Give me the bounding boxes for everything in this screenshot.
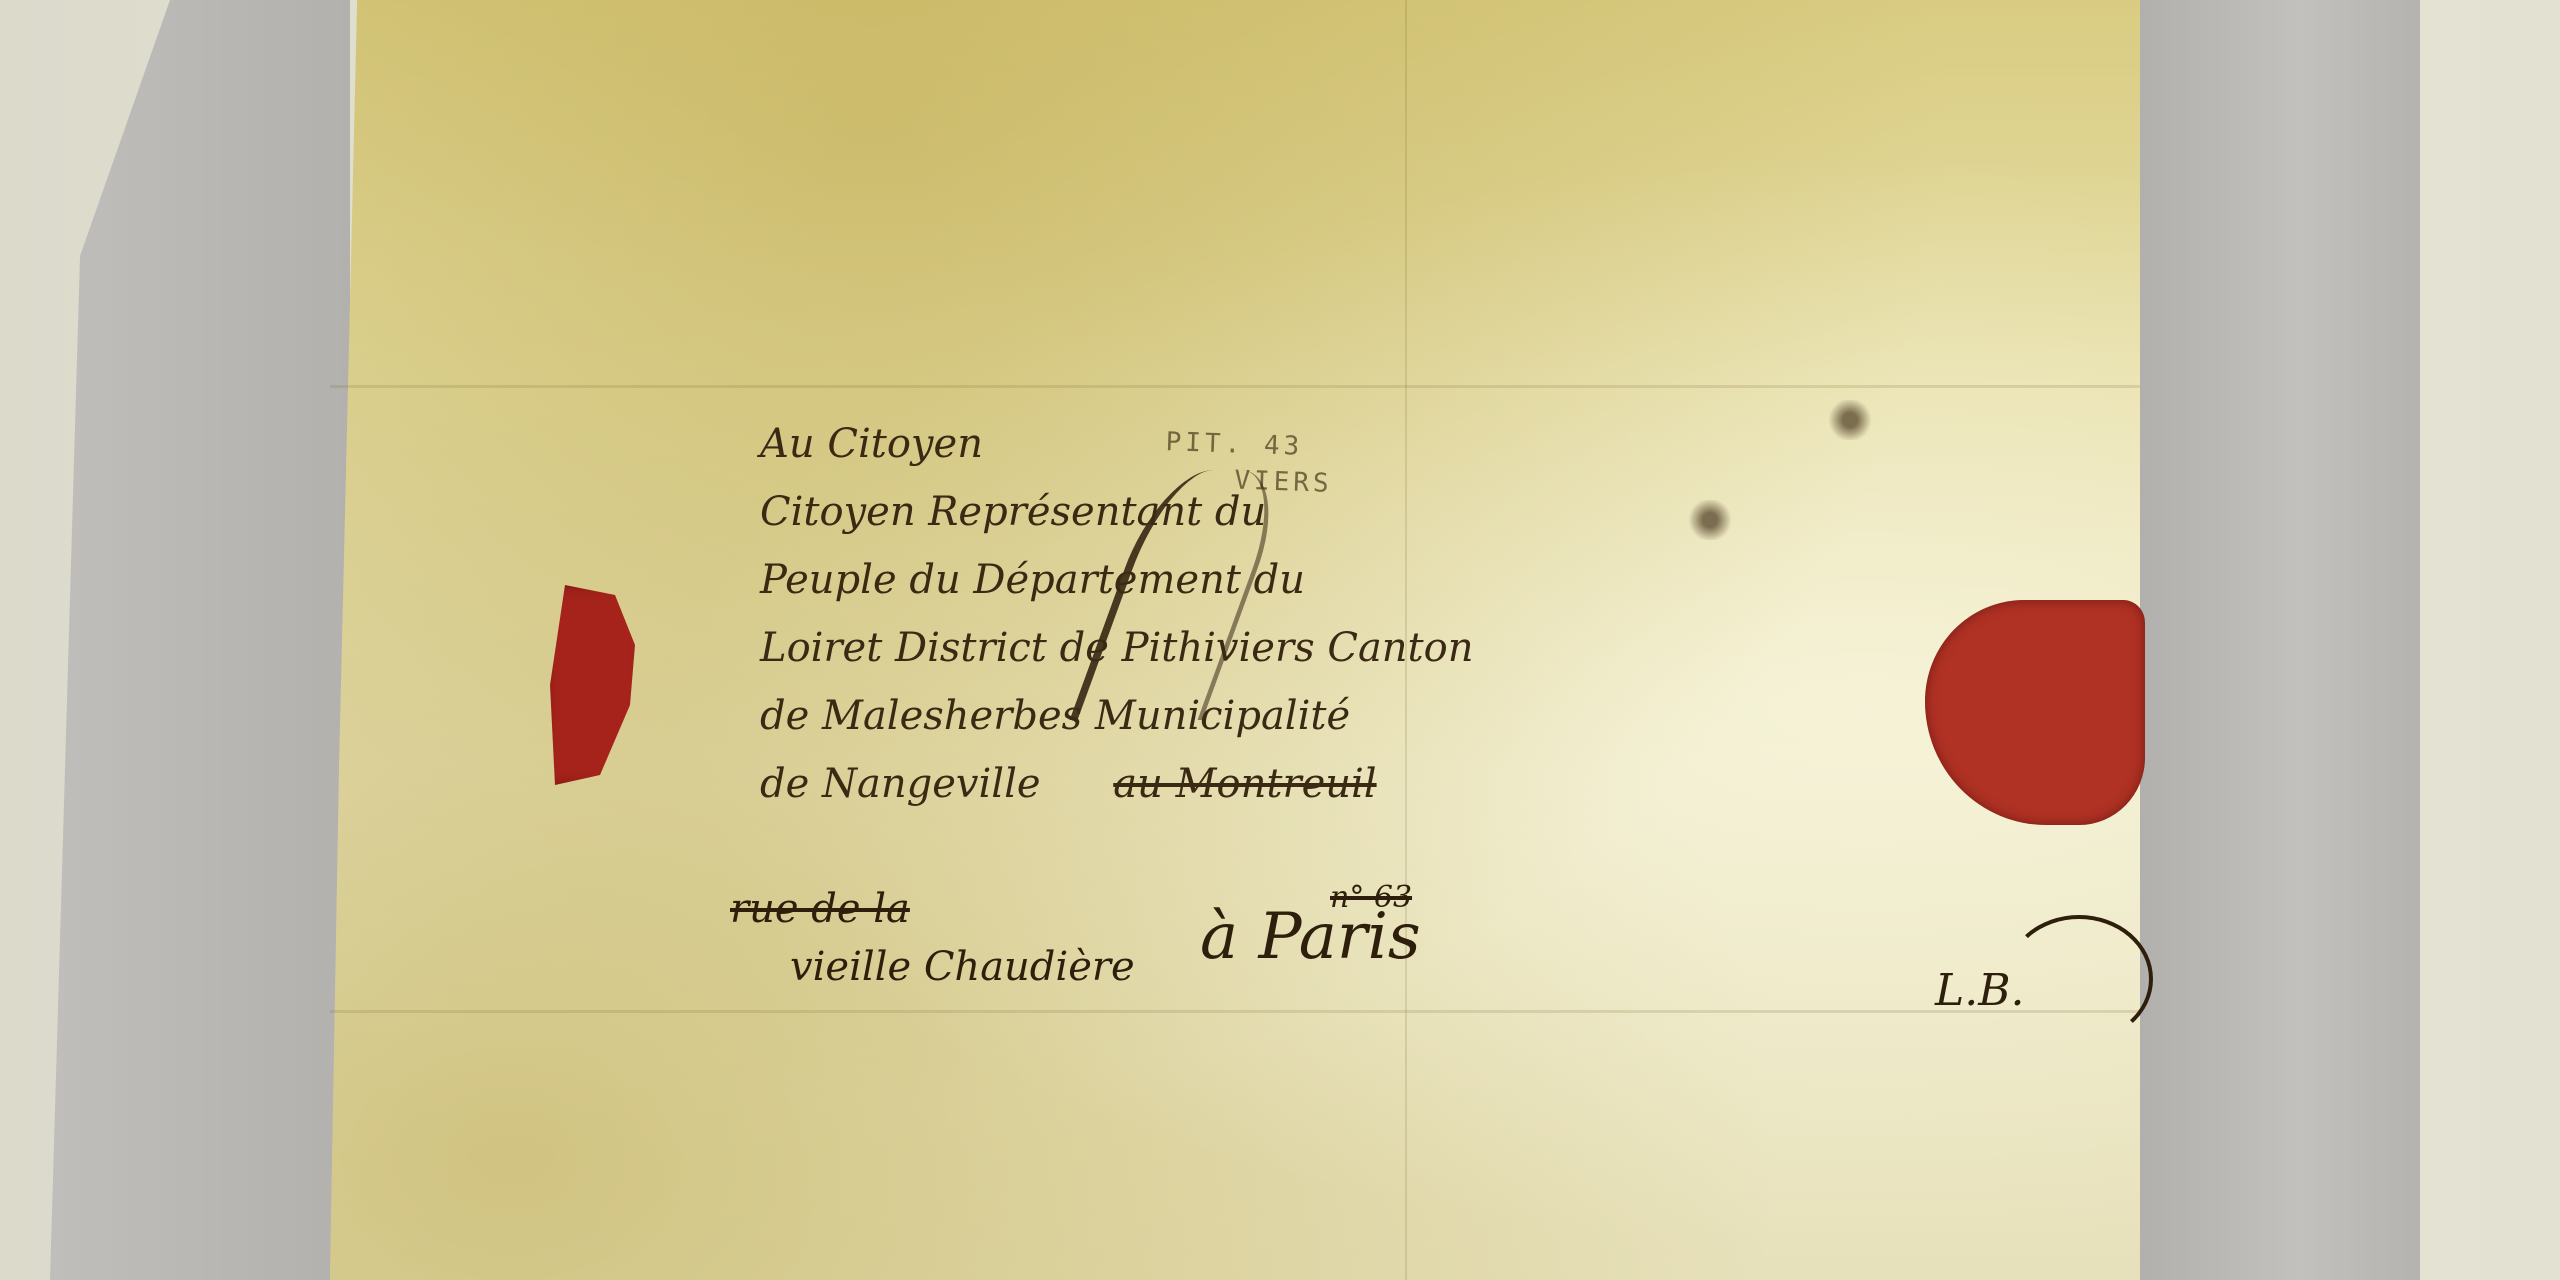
address-line: de Nangeville au Montreuil <box>760 750 1480 818</box>
corner-mark: L.B. <box>1935 915 2145 1025</box>
address-line: Loiret District de Pithiviers Canton <box>760 614 1480 682</box>
address-line-text: de Nangeville <box>760 761 1041 807</box>
ink-stain <box>1820 400 1880 440</box>
ink-stain <box>1680 500 1740 540</box>
fold-line-lower <box>330 1010 2140 1013</box>
corner-mark-text: L.B. <box>1935 965 2025 1016</box>
address-block: Au Citoyen Citoyen Représentant du Peupl… <box>760 410 1480 818</box>
struck-number: n° 63 <box>1330 880 1412 915</box>
address-line: de Malesherbes Municipalité <box>760 682 1480 750</box>
corner-arc-stroke <box>2005 915 2153 1043</box>
address-line: Citoyen Représentant du <box>760 478 1480 546</box>
address-line: Peuple du Département du <box>760 546 1480 614</box>
mount-board-right <box>2120 0 2420 1280</box>
fold-line-upper <box>330 385 2140 388</box>
struck-word: au Montreuil <box>1113 761 1376 807</box>
address-line: Au Citoyen <box>760 410 1480 478</box>
